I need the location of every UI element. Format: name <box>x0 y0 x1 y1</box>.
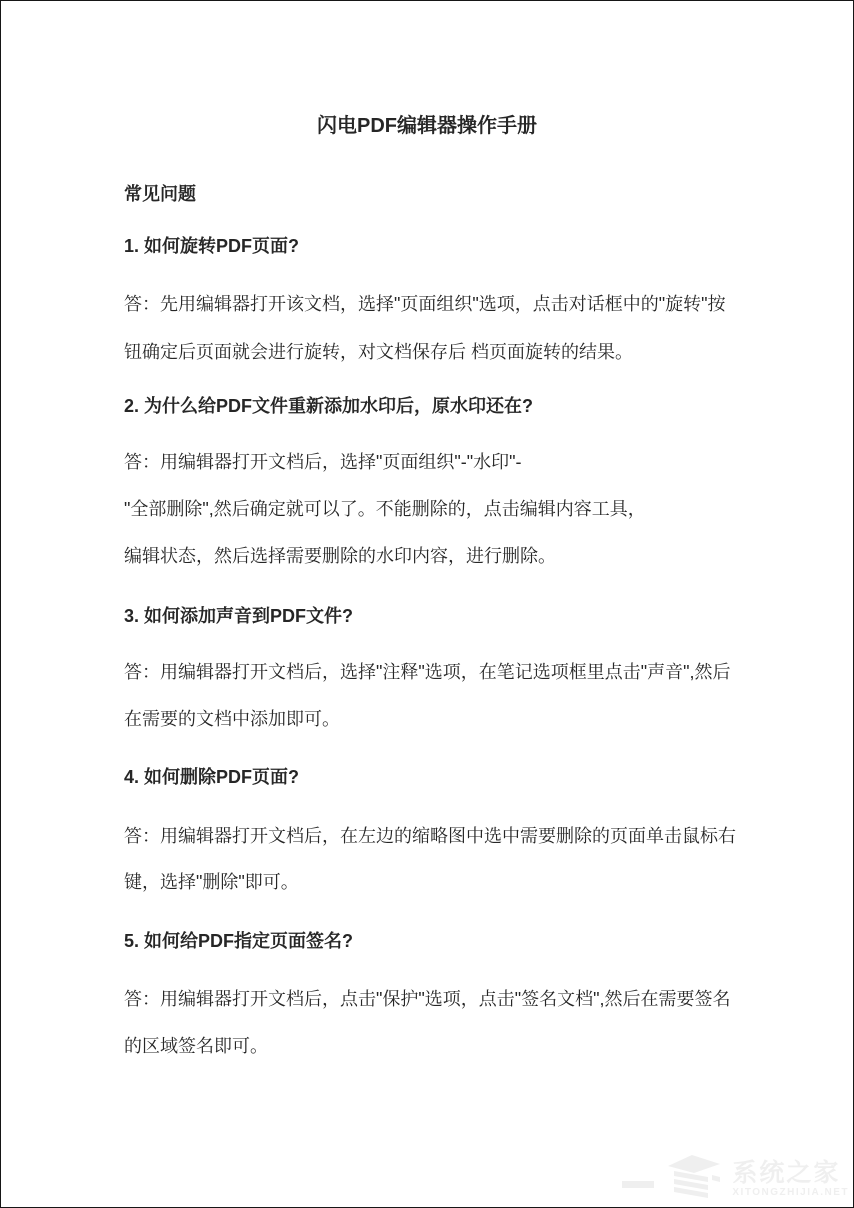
answer-1-line-2: 钮确定后页面就会进行旋转，对文档保存后 档页面旋转的结果。 <box>124 342 793 363</box>
answer-5-line-2: 的区域签名即可。 <box>124 1036 793 1057</box>
xitongzhijia-house-logo-icon <box>662 1155 726 1203</box>
site-watermark: 系统之家 XITONGZHIJIA.NET <box>622 1155 849 1203</box>
doc-title: 闪电PDF编辑器操作手册 <box>1 115 853 138</box>
watermark-brand-text: 系统之家 <box>732 1160 840 1188</box>
answer-5-line-1: 答：用编辑器打开文档后，点击"保护"选项，点击"签名文档",然后在需要签名 <box>124 989 793 1010</box>
answer-3-line-1: 答：用编辑器打开文档后，选择"注释"选项，在笔记选项框里点击"声音",然后 <box>124 662 793 683</box>
answer-4-line-2: 键，选择"删除"即可。 <box>124 872 793 893</box>
answer-4-line-1: 答：用编辑器打开文档后，在左边的缩略图中选中需要删除的页面单击鼠标右 <box>124 826 793 847</box>
answer-3-line-2: 在需要的文档中添加即可。 <box>124 709 793 730</box>
question-3: 3. 如何添加声音到PDF文件? <box>124 606 793 627</box>
question-1: 1. 如何旋转PDF页面? <box>124 236 793 257</box>
document-page: 闪电PDF编辑器操作手册 常见问题 1. 如何旋转PDF页面? 答：先用编辑器打… <box>0 0 854 1208</box>
watermark-dash <box>622 1181 654 1188</box>
watermark-domain-text: XITONGZHIJIA.NET <box>732 1187 849 1198</box>
section-heading: 常见问题 <box>124 184 793 205</box>
answer-2-line-3: 编辑状态，然后选择需要删除的水印内容，进行删除。 <box>124 546 793 567</box>
answer-2-line-1: 答：用编辑器打开文档后，选择"页面组织"-"水印"- <box>124 452 793 473</box>
answer-1-line-1: 答：先用编辑器打开该文档，选择"页面组织"选项，点击对话框中的"旋转"按 <box>124 294 793 315</box>
question-4: 4. 如何删除PDF页面? <box>124 767 793 788</box>
question-5: 5. 如何给PDF指定页面签名? <box>124 931 793 952</box>
answer-2-line-2: "全部删除",然后确定就可以了。不能删除的，点击编辑内容工具， <box>124 499 793 520</box>
question-2: 2. 为什么给PDF文件重新添加水印后，原水印还在? <box>124 396 793 417</box>
